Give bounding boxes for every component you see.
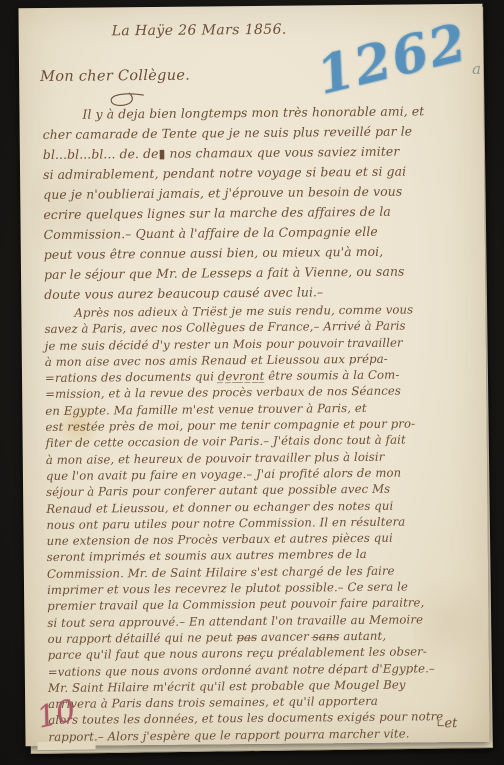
letter-sheet: La Haÿe 26 Mars 1856. 1262 a Mon cher Co…: [18, 4, 489, 746]
catchword-text: et: [444, 716, 457, 731]
catchword-mark: ∟: [436, 717, 444, 730]
catchword: ∟et: [436, 716, 457, 731]
letter-body: Il y à deja bien longtemps mon très hono…: [42, 101, 477, 745]
letter-line: rapport.– Alors j'espère que le rapport …: [48, 725, 477, 745]
letter-line: cher camarade de Tente que je ne suis pl…: [43, 121, 472, 145]
photographed-letter: La Haÿe 26 Mars 1856. 1262 a Mon cher Co…: [0, 0, 504, 765]
archival-number-stamp: 1262: [311, 12, 474, 107]
paragraph-2: Après nos adieux à Triëst je me suis ren…: [44, 301, 477, 745]
salutation: Mon cher Collègue.: [40, 68, 190, 85]
paragraph-1: Il y à deja bien longtemps mon très hono…: [42, 101, 473, 305]
corner-annotation: a: [472, 60, 481, 78]
date-line: La Haÿe 26 Mars 1856.: [112, 22, 302, 40]
